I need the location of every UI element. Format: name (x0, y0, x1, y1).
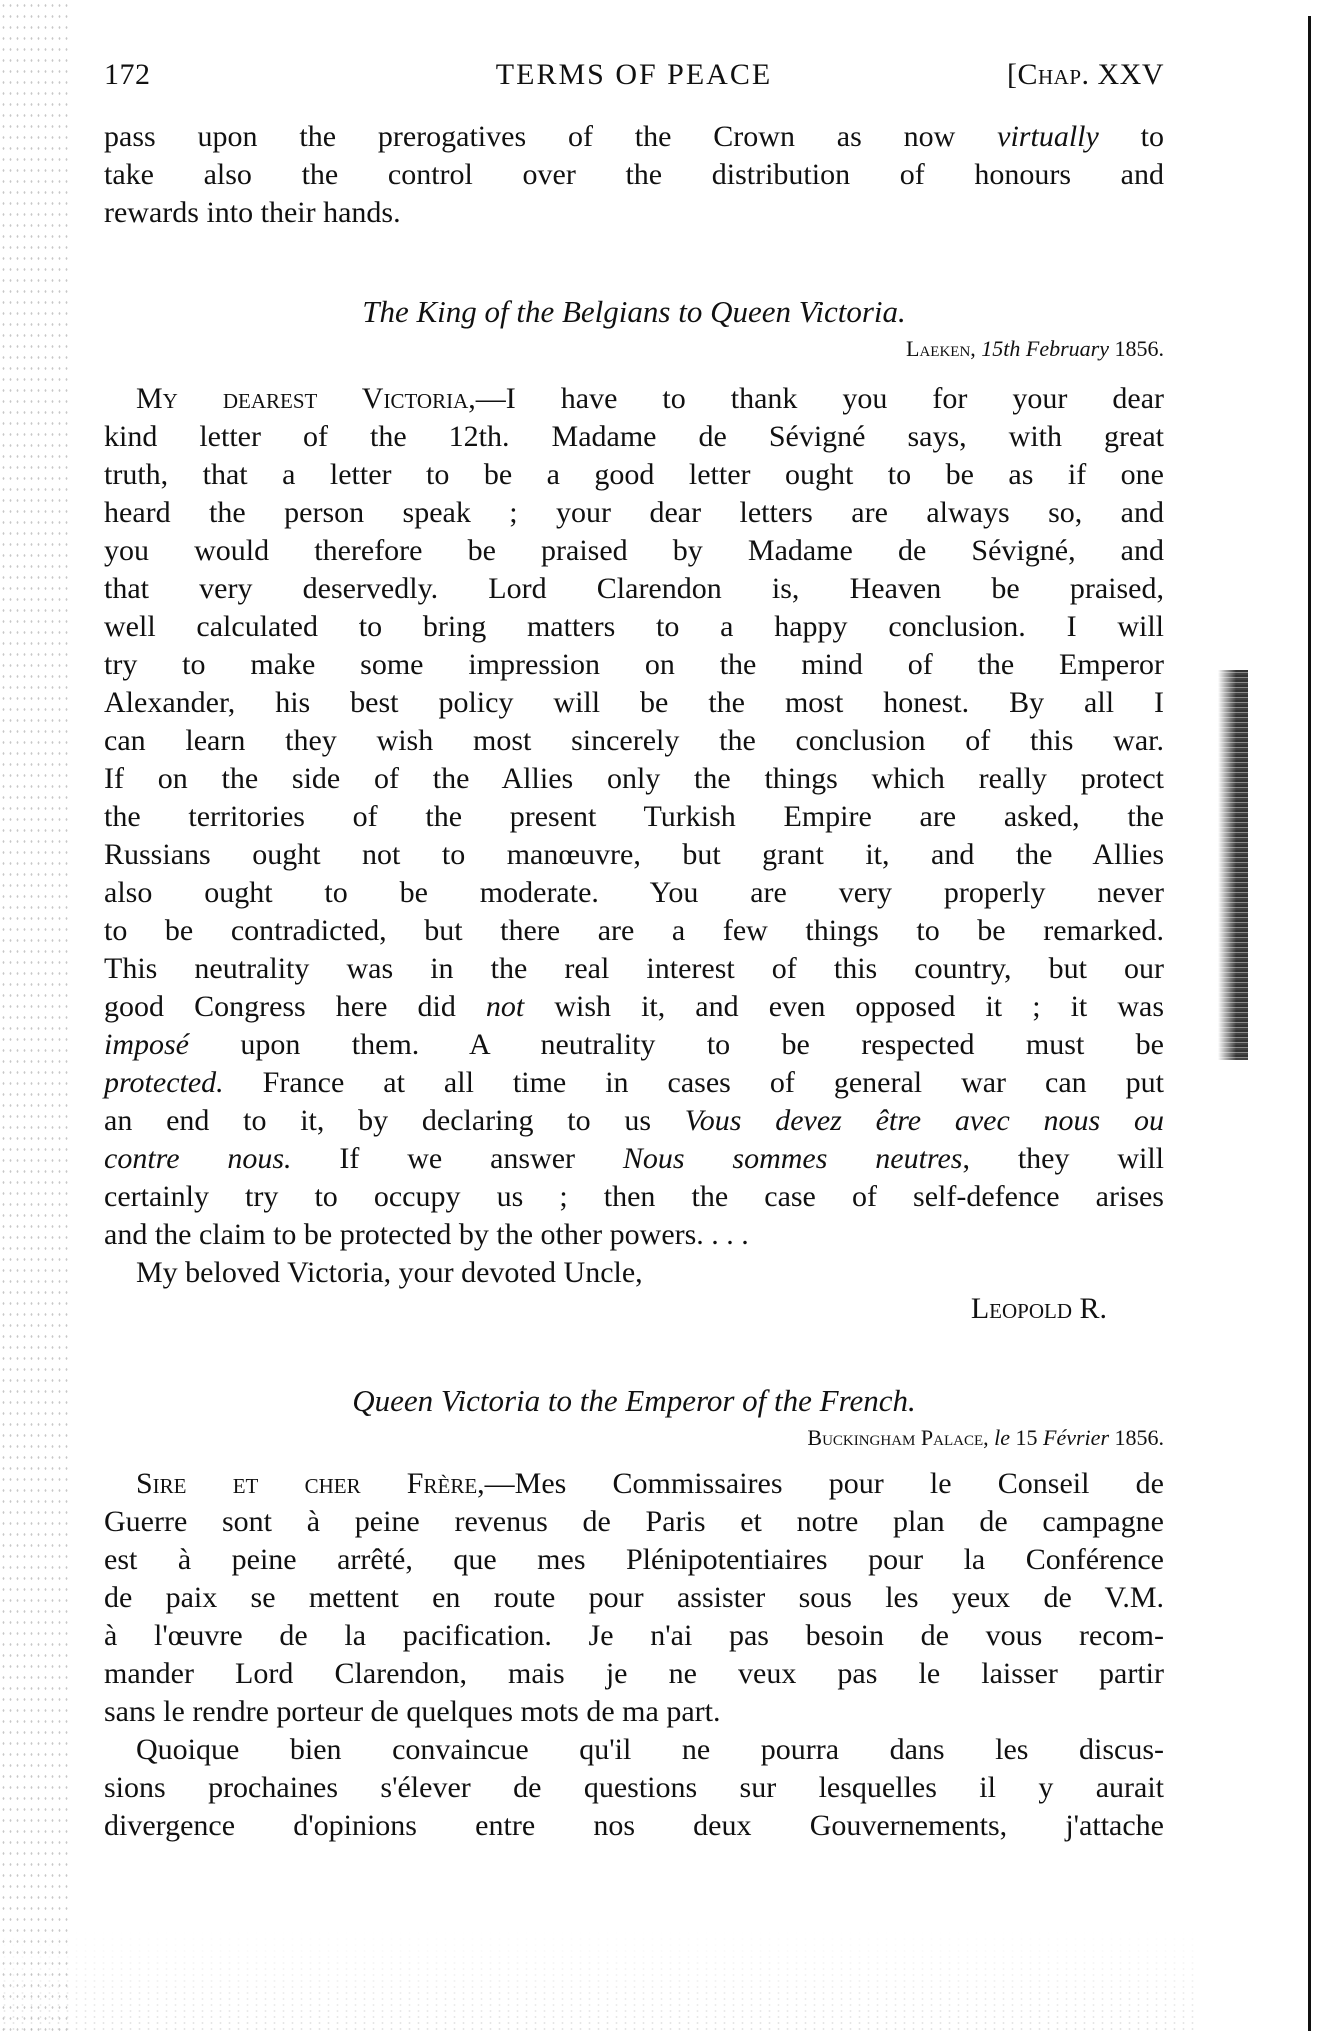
text-line: the territories of the present Turkish E… (104, 798, 1164, 836)
text-line: sions prochaines s'élever de questions s… (104, 1769, 1164, 1807)
text-line: truth, that a letter to be a good letter… (104, 456, 1164, 494)
text-line: and the claim to be protected by the oth… (104, 1216, 1164, 1254)
text-line: also ought to be moderate. You are very … (104, 874, 1164, 912)
dateline: Buckingham Palace, le 15 Février 1856. (807, 1425, 1164, 1451)
text-line: de paix se mettent en route pour assiste… (104, 1579, 1164, 1617)
text-line: contre nous. If we answer Nous sommes ne… (104, 1140, 1164, 1178)
dateline: Laeken, 15th February 1856. (906, 336, 1164, 362)
running-head: 172 TERMS OF PEACE [Chap. XXV (104, 58, 1164, 98)
text-line: good Congress here did not wish it, and … (104, 988, 1164, 1026)
text-line: est à peine arrêté, que mes Plénipotenti… (104, 1541, 1164, 1579)
binding-shadow (1218, 670, 1248, 1060)
letter-heading: The King of the Belgians to Queen Victor… (104, 294, 1164, 330)
salutation: Sire et cher Frère, (136, 1467, 485, 1500)
text-line: Sire et cher Frère,—Mes Commissaires pou… (104, 1465, 1164, 1503)
text-line: heard the person speak ; your dear lette… (104, 494, 1164, 532)
text-line: you would therefore be praised by Madame… (104, 532, 1164, 570)
text-line: If on the side of the Allies only the th… (104, 760, 1164, 798)
text-line: divergence d'opinions entre nos deux Gou… (104, 1807, 1164, 1845)
text-line: This neutrality was in the real interest… (104, 950, 1164, 988)
text-line: mander Lord Clarendon, mais je ne veux p… (104, 1655, 1164, 1693)
letter-body: My dearest Victoria,—I have to thank you… (104, 380, 1164, 1292)
text-line: imposé upon them. A neutrality to be res… (104, 1026, 1164, 1064)
text-line: Quoique bien convaincue qu'il ne pourra … (104, 1731, 1164, 1769)
text-line: try to make some impression on the mind … (104, 646, 1164, 684)
page-edge-rule (1308, 16, 1311, 2031)
text-line: protected. France at all time in cases o… (104, 1064, 1164, 1102)
text-line: an end to it, by declaring to us Vous de… (104, 1102, 1164, 1140)
letter-heading: Queen Victoria to the Emperor of the Fre… (104, 1383, 1164, 1419)
running-title: TERMS OF PEACE (104, 58, 1164, 92)
text-line: well calculated to bring matters to a ha… (104, 608, 1164, 646)
text-line: Guerre sont à peine revenus de Paris et … (104, 1503, 1164, 1541)
opening-paragraph: pass upon the prerogatives of the Crown … (104, 118, 1164, 232)
text-line: Alexander, his best policy will be the m… (104, 684, 1164, 722)
text-line: Russians ought not to manœuvre, but gran… (104, 836, 1164, 874)
text-line: sans le rendre porteur de quelques mots … (104, 1693, 1164, 1731)
closing-line: My beloved Victoria, your devoted Uncle, (104, 1254, 1164, 1292)
text-line: pass upon the prerogatives of the Crown … (104, 118, 1164, 156)
signature: Leopold R. (971, 1292, 1107, 1326)
text-line: certainly try to occupy us ; then the ca… (104, 1178, 1164, 1216)
text-line: can learn they wish most sincerely the c… (104, 722, 1164, 760)
text-line: to be contradicted, but there are a few … (104, 912, 1164, 950)
text-line: à l'œuvre de la pacification. Je n'ai pa… (104, 1617, 1164, 1655)
scan-noise-left-edge (0, 0, 70, 2031)
chapter-label: [Chap. XXV (1007, 58, 1164, 92)
text-line: that very deservedly. Lord Clarendon is,… (104, 570, 1164, 608)
salutation: My dearest Victoria, (136, 382, 476, 415)
text-line: kind letter of the 12th. Madame de Sévig… (104, 418, 1164, 456)
text-line: My dearest Victoria,—I have to thank you… (104, 380, 1164, 418)
scan-noise-bottom-edge (0, 1930, 1200, 2031)
text-line: rewards into their hands. (104, 194, 1164, 232)
letter-body: Sire et cher Frère,—Mes Commissaires pou… (104, 1465, 1164, 1845)
text-line: take also the control over the distribut… (104, 156, 1164, 194)
